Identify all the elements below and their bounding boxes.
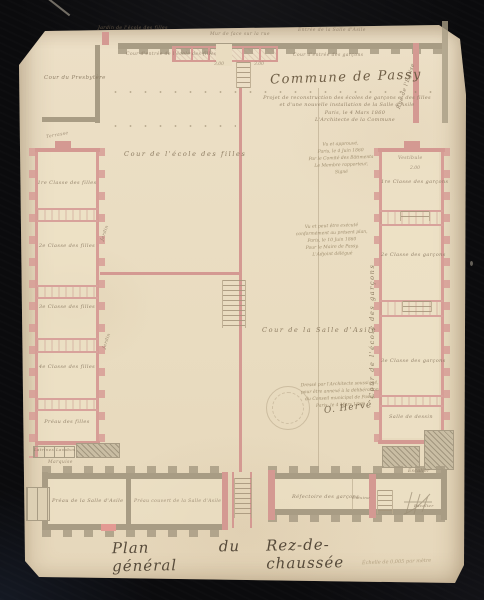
left-wing-partition bbox=[37, 208, 98, 222]
title-subline: Projet de reconstruction des écoles de g… bbox=[262, 95, 432, 101]
label-preau-couvert: Préau couvert de la Salle d'Asile bbox=[134, 499, 220, 504]
dimension-label: 2.00 bbox=[410, 166, 420, 171]
title-subline: et d'une nouvelle installation de la Sal… bbox=[262, 102, 432, 108]
label-lw-room1: 1re Classe des filles bbox=[37, 180, 97, 186]
right-wing-stairs bbox=[402, 301, 432, 312]
preau-new-door bbox=[101, 524, 116, 531]
label-garden-girls: Jardin de l'école des filles bbox=[98, 26, 168, 31]
label-rw-room4: Salle de dessin bbox=[381, 414, 441, 420]
label-rw-room3: 3e Classe des garçons bbox=[381, 358, 441, 364]
label-terrace: Terrasse bbox=[46, 131, 69, 140]
presbytery-wall-horizontal bbox=[42, 117, 100, 122]
left-wing-stair-block bbox=[76, 443, 120, 458]
presbytery-wall-vertical bbox=[95, 45, 100, 123]
left-wing-top-wall bbox=[35, 148, 100, 152]
title-subline: L'Architecte de la Commune bbox=[300, 117, 410, 123]
label-rw-room2: 2e Classe des garçons bbox=[381, 252, 441, 258]
plan-drawing: Commune de Passy Projet de reconstructio… bbox=[0, 0, 484, 600]
approval-block-b: Vu et peut être exécuté conformément au … bbox=[281, 222, 382, 260]
label-lw-room2: 2e Classe des filles bbox=[37, 243, 97, 249]
refectory-right-wall bbox=[441, 470, 447, 520]
main-title-part: Rez-de-chaussée bbox=[266, 535, 372, 573]
title-subline: Paris, le 4 Mars 1860 bbox=[300, 110, 410, 116]
label-br-escalier: Escalier bbox=[414, 503, 434, 508]
preau-top-wall bbox=[42, 466, 228, 479]
label-lw-room3: 3e Classe des filles bbox=[37, 304, 97, 310]
photograph-of-plan: Commune de Passy Projet de reconstructio… bbox=[0, 0, 484, 600]
girls-court-wall bbox=[100, 272, 242, 275]
label-street-wall: Mur de face sur la rue bbox=[210, 32, 270, 37]
plan-main-title: Plan général du Rez-de-chaussée bbox=[112, 535, 373, 576]
label-rw-escalier: Escalier bbox=[408, 469, 430, 474]
refectory-left-wall bbox=[268, 470, 275, 520]
refectory-pink-partition bbox=[369, 474, 376, 518]
preau-partition bbox=[126, 478, 131, 524]
label-asile-entry: Entrée de la Salle d'Asile bbox=[298, 28, 366, 33]
cellar-stairs bbox=[377, 490, 393, 514]
label-latrines: Latrines bbox=[34, 447, 54, 452]
corridor-stairs bbox=[234, 478, 252, 518]
label-marquise: Marquise bbox=[48, 460, 73, 465]
left-wing-porch bbox=[55, 141, 71, 148]
left-wing-partition bbox=[37, 285, 98, 299]
label-lw-room4: 4e Classe des filles bbox=[37, 364, 97, 370]
left-wing-outer-wall bbox=[29, 148, 38, 458]
label-court-boys: Cour de l'école des garçons bbox=[368, 264, 376, 398]
preau-bottom-wall bbox=[42, 524, 228, 537]
right-street-wall bbox=[442, 21, 448, 123]
left-wing-partition bbox=[37, 338, 98, 353]
label-court-asile: Cour de la Salle d'Asile bbox=[262, 326, 352, 334]
label-court-girls: Cour de l'école des filles bbox=[124, 150, 214, 158]
label-forecourt-boys: Cour d'entrée des garçons bbox=[293, 53, 363, 58]
right-wing-porch bbox=[404, 141, 420, 148]
label-forecourt-girls: Cour d'entrée de l'école des filles bbox=[126, 52, 216, 57]
left-wing-partition bbox=[37, 398, 98, 411]
label-cuisine: Cuisine bbox=[352, 495, 370, 500]
survey-dots-row bbox=[108, 91, 438, 93]
main-title-part: du bbox=[219, 537, 241, 573]
right-wing-stairs bbox=[400, 211, 430, 221]
label-refectoire: Réfectoire des garçons bbox=[292, 494, 350, 500]
preau-right-wall bbox=[222, 472, 228, 530]
main-title-part: Plan général bbox=[112, 538, 194, 575]
right-boundary-pink-wall bbox=[413, 43, 419, 123]
gate-corridor-steps bbox=[236, 62, 251, 88]
label-lw-room5: Préau des filles bbox=[37, 419, 97, 425]
label-rw-vestibule: Vestibule bbox=[398, 156, 423, 161]
label-lavabos: Lavabos bbox=[56, 447, 76, 452]
approval-block-a: Vu et approuvé, Paris, le 4 Juin 1860 Pa… bbox=[299, 141, 382, 179]
court-stairs bbox=[222, 280, 246, 328]
survey-dots-row bbox=[108, 125, 236, 127]
pink-wall-nub bbox=[102, 32, 109, 45]
right-wing-annex-stair bbox=[382, 446, 420, 468]
label-rw-room1: 1re Classe des garçons bbox=[381, 179, 441, 185]
dimension-label: 3.00 bbox=[254, 62, 264, 67]
label-preau-asile: Préau de la Salle d'Asile bbox=[52, 498, 122, 504]
dimension-label: 3.00 bbox=[214, 62, 224, 67]
right-wing-partition bbox=[380, 395, 443, 407]
scale-note: Échelle de 0,005 par mètre bbox=[362, 558, 431, 566]
right-wing-top-wall bbox=[378, 148, 445, 152]
left-annex-cells bbox=[26, 487, 50, 521]
right-wing-exterior-stair bbox=[424, 430, 454, 470]
label-presbytery-court: Cour du Presbytère bbox=[44, 75, 106, 81]
left-wing-inner-wall bbox=[96, 148, 105, 458]
